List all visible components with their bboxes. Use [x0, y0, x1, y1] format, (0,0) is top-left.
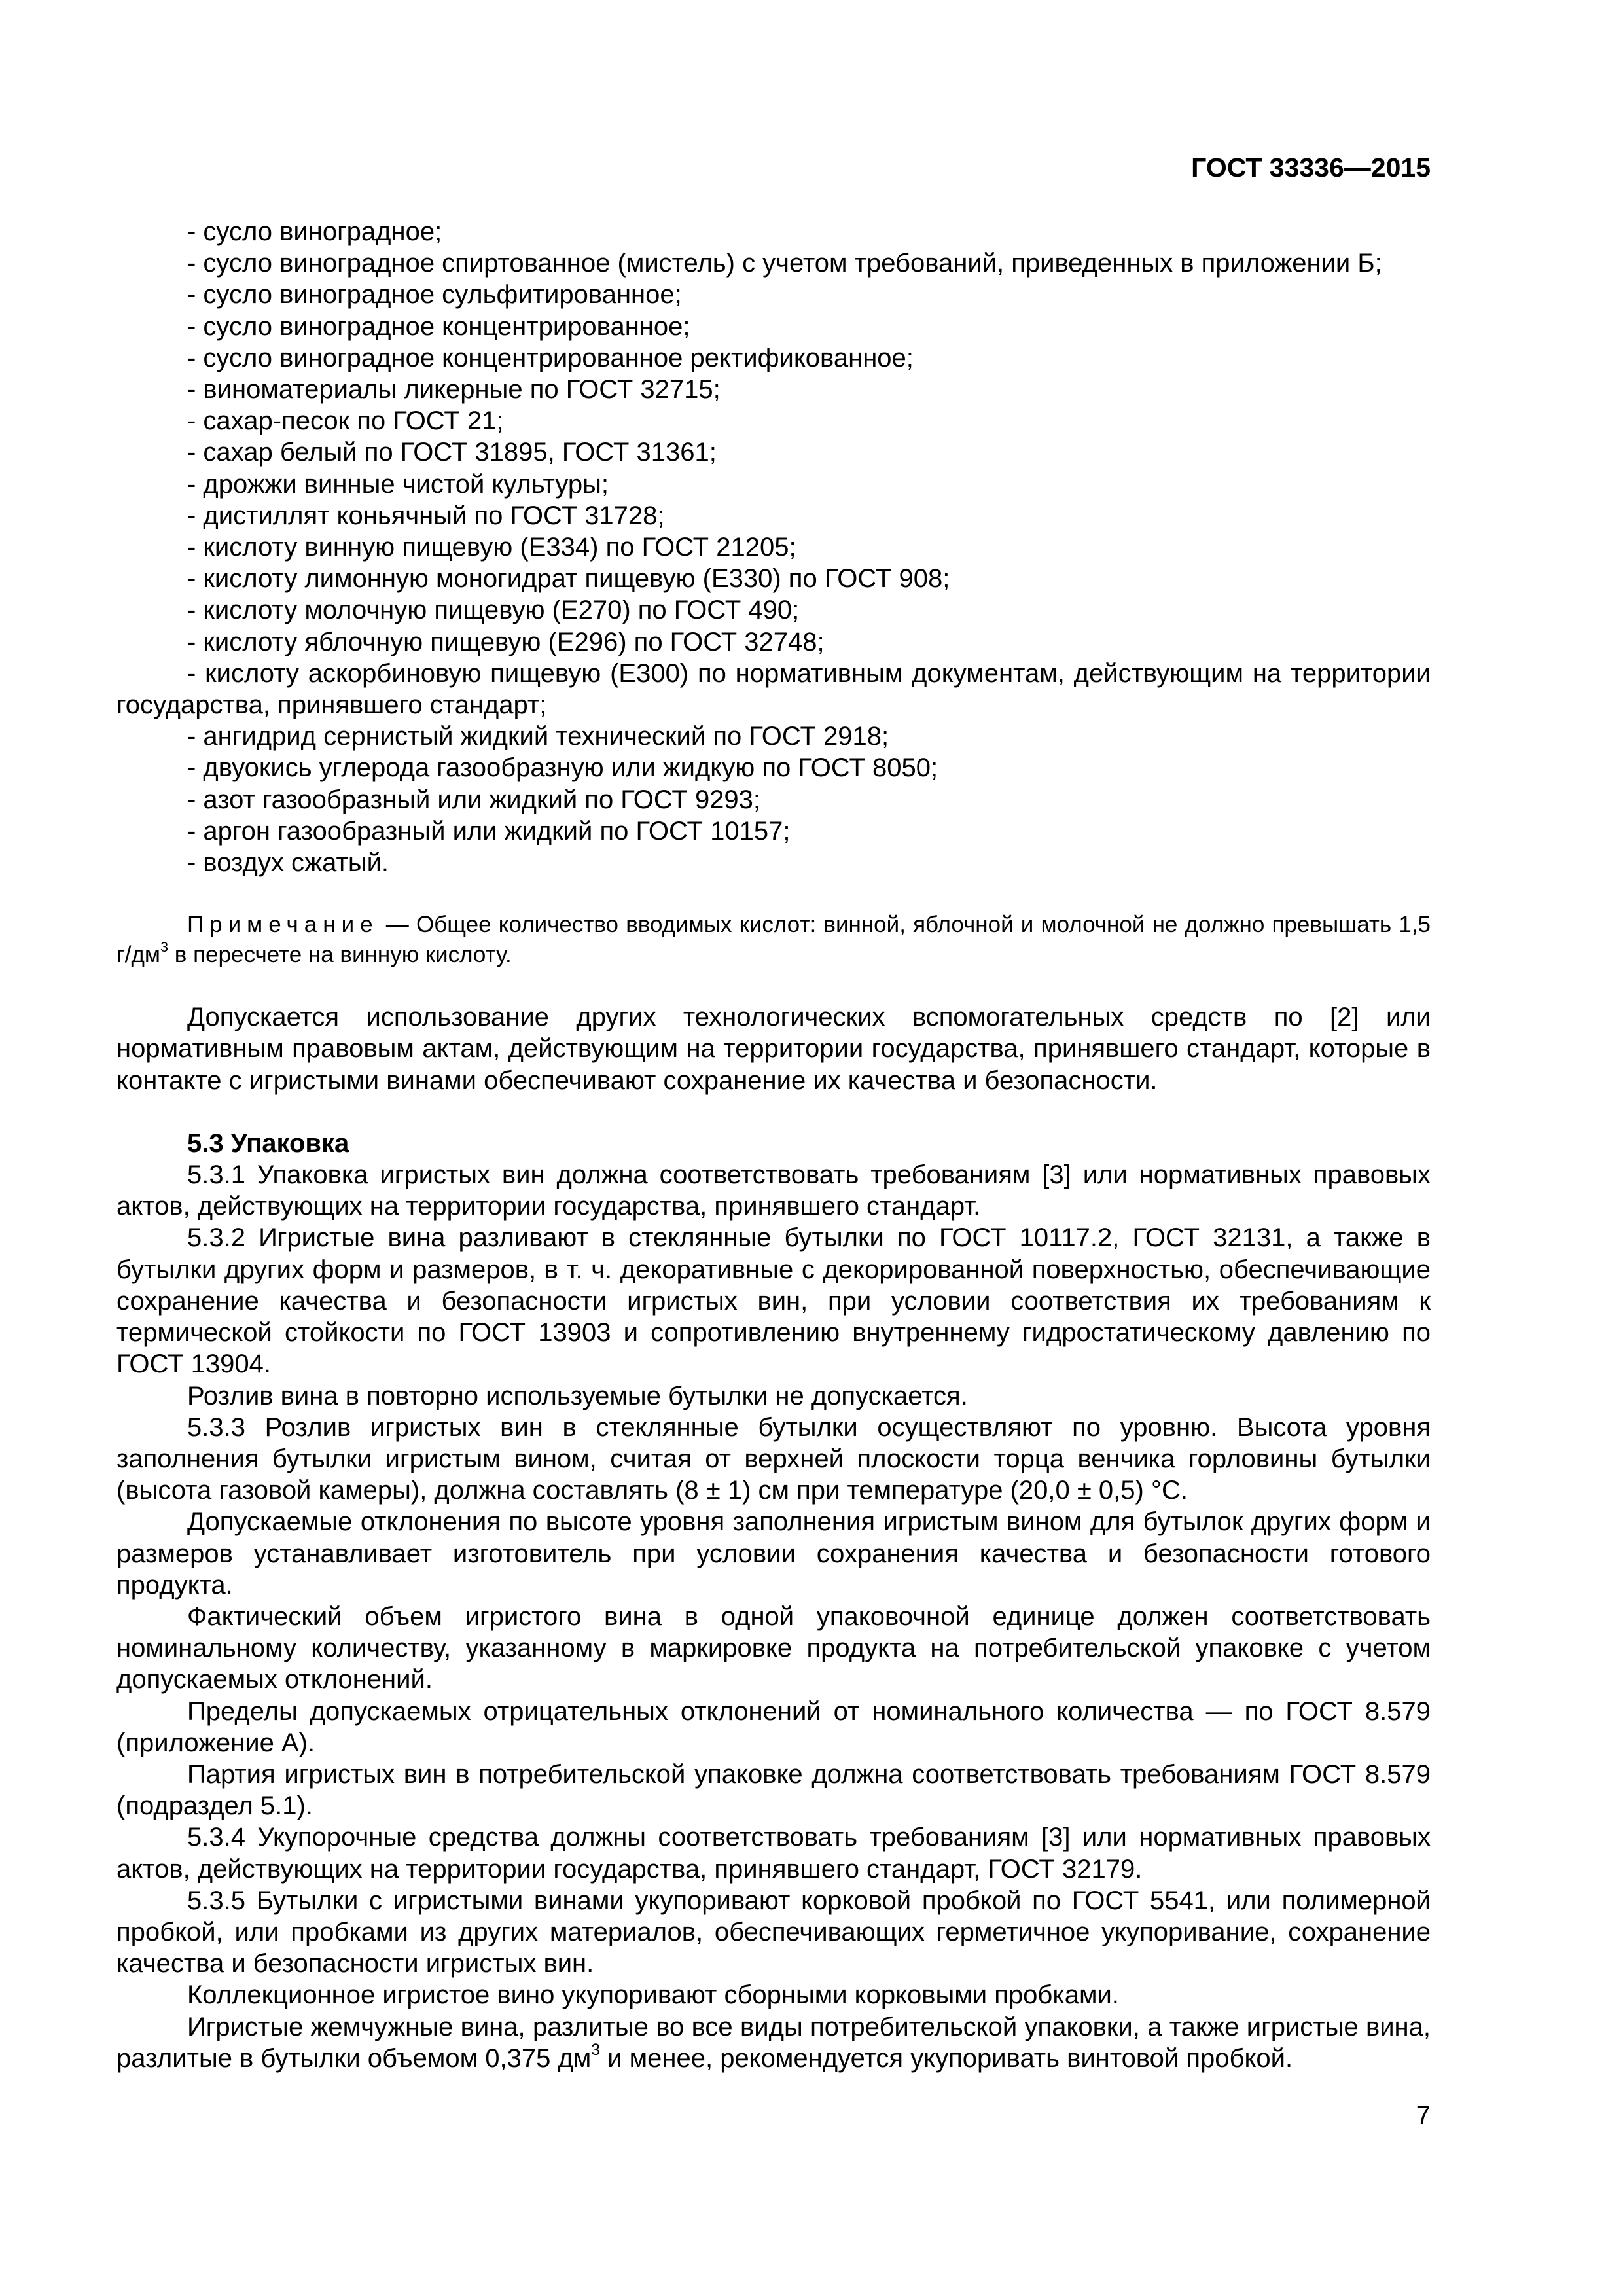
section-paragraph: Пределы допускаемых отрицательных отклон…: [116, 1696, 1431, 1759]
note-text-end: в пересчете на винную кислоту.: [168, 942, 512, 967]
list-item: - дрожжи винные чистой культуры;: [116, 469, 1431, 500]
materials-list: - сусло виноградное;- сусло виноградное …: [116, 216, 1431, 878]
note-label: Примечание: [187, 912, 379, 937]
paragraph-last: Игристые жемчужные вина, разлитые во все…: [116, 2011, 1431, 2074]
section-paragraph: Фактический объем игристого вина в одной…: [116, 1601, 1431, 1696]
section-paragraphs: 5.3.1 Упаковка игристых вин должна соотв…: [116, 1159, 1431, 2011]
list-item: - кислоту лимонную моногидрат пищевую (Е…: [116, 563, 1431, 594]
note-superscript: 3: [160, 939, 168, 955]
list-item: - виноматериалы ликерные по ГОСТ 32715;: [116, 374, 1431, 405]
note: Примечание — Общее количество вводимых к…: [116, 910, 1431, 970]
list-item: - воздух сжатый.: [116, 847, 1431, 878]
section-paragraph: 5.3.1 Упаковка игристых вин должна соотв…: [116, 1159, 1431, 1222]
list-item: - дистиллят коньячный по ГОСТ 31728;: [116, 500, 1431, 531]
list-item: - кислоту молочную пищевую (Е270) по ГОС…: [116, 594, 1431, 626]
section-paragraph: 5.3.2 Игристые вина разливают в стеклянн…: [116, 1222, 1431, 1380]
list-item: - кислоту винную пищевую (Е334) по ГОСТ …: [116, 531, 1431, 563]
document-body: - сусло виноградное;- сусло виноградное …: [116, 216, 1431, 2074]
paragraph-last-superscript: 3: [591, 2041, 600, 2059]
list-item: - сахар-песок по ГОСТ 21;: [116, 405, 1431, 437]
document-header-id: ГОСТ 33336—2015: [1191, 152, 1431, 183]
page-number: 7: [1416, 2100, 1431, 2131]
list-item: - двуокись углерода газообразную или жид…: [116, 752, 1431, 783]
list-item: - сусло виноградное;: [116, 216, 1431, 247]
section-title: 5.3 Упаковка: [116, 1128, 1431, 1159]
list-item: - ангидрид сернистый жидкий технический …: [116, 721, 1431, 752]
list-item: - сахар белый по ГОСТ 31895, ГОСТ 31361;: [116, 437, 1431, 468]
section-paragraph: Допускаемые отклонения по высоте уровня …: [116, 1506, 1431, 1601]
section-paragraph: 5.3.4 Укупорочные средства должны соотве…: [116, 1821, 1431, 1884]
list-item: - азот газообразный или жидкий по ГОСТ 9…: [116, 784, 1431, 816]
list-item: - сусло виноградное концентрированное;: [116, 311, 1431, 342]
section-paragraph: Коллекционное игристое вино укупоривают …: [116, 1979, 1431, 2011]
section-paragraph: 5.3.5 Бутылки с игристыми винами укупори…: [116, 1885, 1431, 1980]
section-paragraph: Розлив вина в повторно используемые буты…: [116, 1380, 1431, 1412]
list-item: - кислоту аскорбиновую пищевую (Е300) по…: [116, 658, 1431, 721]
list-item: - кислоту яблочную пищевую (Е296) по ГОС…: [116, 626, 1431, 658]
section-paragraph: 5.3.3 Розлив игристых вин в стеклянные б…: [116, 1412, 1431, 1507]
list-item: - сусло виноградное спиртованное (мистел…: [116, 247, 1431, 279]
list-item: - аргон газообразный или жидкий по ГОСТ …: [116, 816, 1431, 847]
paragraph-last-text-end: и менее, рекомендуется укупоривать винто…: [600, 2044, 1293, 2073]
list-item: - сусло виноградное сульфитированное;: [116, 279, 1431, 310]
list-item: - сусло виноградное концентрированное ре…: [116, 342, 1431, 374]
paragraph-other-means: Допускается использование других техноло…: [116, 1001, 1431, 1096]
section-paragraph: Партия игристых вин в потребительской уп…: [116, 1759, 1431, 1821]
